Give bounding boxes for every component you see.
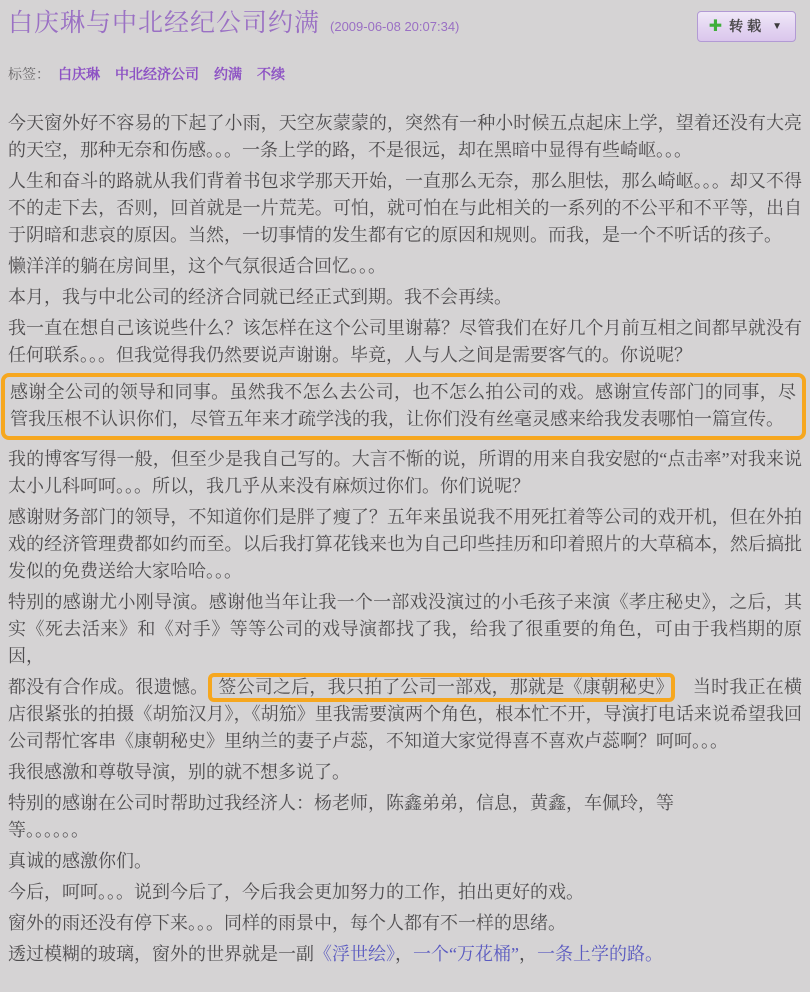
text-run: 都没有合作成。很遗憾。 — [8, 677, 208, 697]
paragraph: 透过模糊的玻璃，窗外的世界就是一副《浮世绘》，一个“万花桶”，一条上学的路。 — [8, 941, 802, 968]
article-body: 今天窗外好不容易的下起了小雨，天空灰蒙蒙的，突然有一种小时候五点起床上学，望着还… — [8, 110, 802, 968]
tag-link-baiqinglin[interactable]: 白庆琳 — [58, 64, 100, 84]
paragraph: 懒洋洋的躺在房间里，这个气氛很适合回忆。。。 — [8, 253, 802, 280]
text-run: ， — [395, 944, 413, 964]
text-run: 窗外的雨还没有停下来。。。同样的雨景中，每个人都有不一样的思绪。 — [8, 913, 566, 933]
text-run: 特别的感谢在公司时帮助过我经济人：杨老师，陈鑫弟弟，信息，黄鑫，车佩玲，等 — [8, 793, 674, 813]
tag-link-no-renewal[interactable]: 不续 — [257, 64, 285, 84]
paragraph: 我一直在想自己该说些什么？该怎样在这个公司里谢幕？尽管我们在好几个月前互相之间都… — [8, 315, 802, 369]
tag-link-contract-expired[interactable]: 约满 — [214, 64, 242, 84]
post-title: 白庆琳与中北经纪公司约满 — [8, 10, 320, 38]
repost-button-label: 转载 — [729, 18, 765, 35]
text-run: 感谢财务部门的领导，不知道你们是胖了瘦了？五年来虽说我不用死扛着等公司的戏开机，… — [8, 507, 802, 581]
highlighted-phrase: 签公司之后，我只拍了公司一部戏，那就是《康朝秘史》 — [208, 673, 674, 702]
paragraph-highlighted: 感谢全公司的领导和同事。虽然我不怎么去公司，也不怎么拍公司的戏。感谢宣传部门的同… — [1, 373, 806, 440]
post-timestamp: (2009-06-08 20:07:34) — [330, 19, 459, 34]
chevron-down-icon: ▼ — [772, 21, 782, 33]
text-run: 特别的感谢尤小刚导演。感谢他当年让我一个一部戏没演过的小毛孩子来演《孝庄秘史》，… — [8, 592, 802, 666]
text-run: 懒洋洋的躺在房间里，这个气氛很适合回忆。。。 — [8, 256, 386, 276]
accent-text: 一条上学的路。 — [537, 944, 663, 964]
paragraph: 窗外的雨还没有停下来。。。同样的雨景中，每个人都有不一样的思绪。 — [8, 910, 802, 937]
text-run: 本月，我与中北公司的经济合同就已经正式到期。我不会再续。 — [8, 287, 512, 307]
tags-row: 标签： 白庆琳 中北经济公司 约满 不续 — [8, 64, 802, 84]
text-run: 今后，呵呵。。。说到今后了，今后我会更加努力的工作，拍出更好的戏。 — [8, 882, 584, 902]
repost-button[interactable]: ✚ 转载 ▼ — [697, 11, 796, 42]
paragraph: 特别的感谢尤小刚导演。感谢他当年让我一个一部戏没演过的小毛孩子来演《孝庄秘史》，… — [8, 589, 802, 670]
text-run: 我一直在想自己该说些什么？该怎样在这个公司里谢幕？尽管我们在好几个月前互相之间都… — [8, 318, 802, 365]
paragraph: 本月，我与中北公司的经济合同就已经正式到期。我不会再续。 — [8, 284, 802, 311]
text-run: ， — [519, 944, 537, 964]
text-run: 透过模糊的玻璃，窗外的世界就是一副 — [8, 944, 314, 964]
paragraph: 都没有合作成。很遗憾。签公司之后，我只拍了公司一部戏，那就是《康朝秘史》 当时我… — [8, 674, 802, 755]
paragraph: 今天窗外好不容易的下起了小雨，天空灰蒙蒙的，突然有一种小时候五点起床上学，望着还… — [8, 110, 802, 164]
paragraph: 特别的感谢在公司时帮助过我经济人：杨老师，陈鑫弟弟，信息，黄鑫，车佩玲，等等。。… — [8, 790, 802, 844]
accent-text: 《浮世绘》 — [314, 944, 395, 964]
paragraph: 人生和奋斗的路就从我们背着书包求学那天开始，一直那么无奈，那么胆怯，那么崎岖。。… — [8, 168, 802, 249]
text-run: 我很感激和尊敬导演，别的就不想多说了。 — [8, 762, 350, 782]
text-run: 等。。。。。。 — [8, 820, 89, 840]
plus-icon: ✚ — [709, 17, 722, 36]
post-header: 白庆琳与中北经纪公司约满 (2009-06-08 20:07:34) ✚ 转载 … — [8, 10, 802, 42]
paragraph: 今后，呵呵。。。说到今后了，今后我会更加努力的工作，拍出更好的戏。 — [8, 879, 802, 906]
text-run: 人生和奋斗的路就从我们背着书包求学那天开始，一直那么无奈，那么胆怯，那么崎岖。。… — [8, 171, 802, 245]
tag-link-zhongbei-company[interactable]: 中北经济公司 — [115, 64, 199, 84]
text-run: 真诚的感激你们。 — [8, 851, 152, 871]
paragraph: 我很感激和尊敬导演，别的就不想多说了。 — [8, 759, 802, 786]
text-run: 感谢全公司的领导和同事。虽然我不怎么去公司，也不怎么拍公司的戏。感谢宣传部门的同… — [10, 382, 796, 429]
text-run: 我的博客写得一般，但至少是我自己写的。大言不惭的说，所谓的用来自我安慰的“点击率… — [8, 449, 802, 496]
paragraph: 感谢财务部门的领导，不知道你们是胖了瘦了？五年来虽说我不用死扛着等公司的戏开机，… — [8, 504, 802, 585]
accent-text: 一个“万花桶” — [413, 944, 519, 964]
tags-label: 标签： — [8, 64, 50, 84]
blog-post-page: 白庆琳与中北经纪公司约满 (2009-06-08 20:07:34) ✚ 转载 … — [0, 0, 810, 992]
text-run: 今天窗外好不容易的下起了小雨，天空灰蒙蒙的，突然有一种小时候五点起床上学，望着还… — [8, 113, 802, 160]
paragraph: 我的博客写得一般，但至少是我自己写的。大言不惭的说，所谓的用来自我安慰的“点击率… — [8, 446, 802, 500]
paragraph: 真诚的感激你们。 — [8, 848, 802, 875]
